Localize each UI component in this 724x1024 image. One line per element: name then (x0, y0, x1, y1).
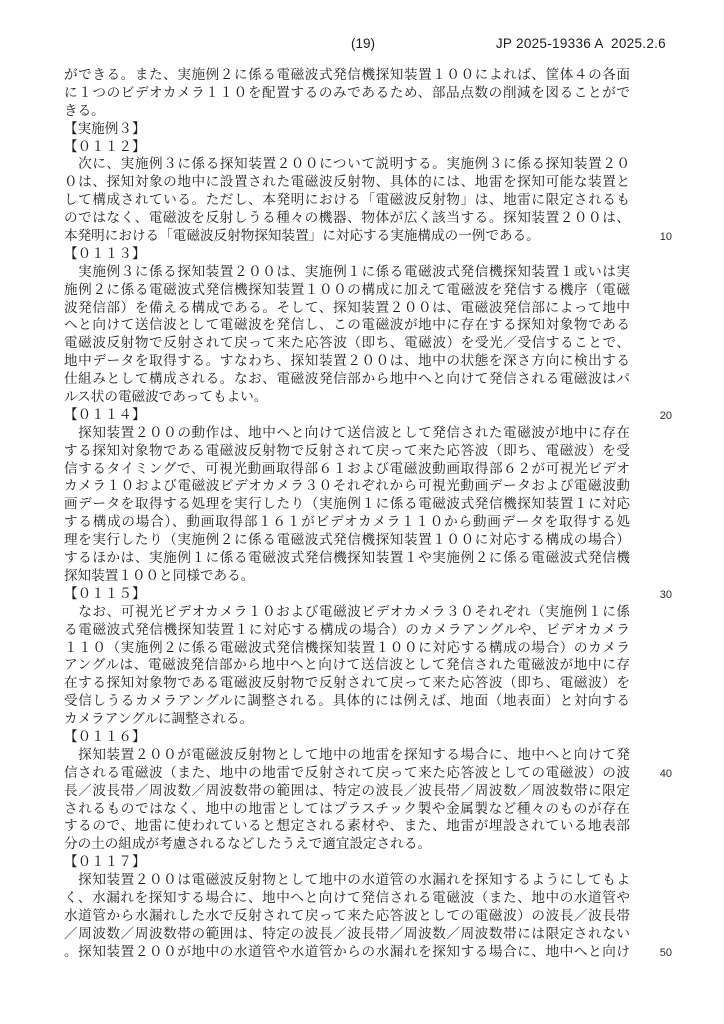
text-line-content: 探知装置２００は電磁波反射物として地中の水道管の水漏れを探知するようにしてもよ (64, 872, 630, 890)
text-line: ０は、探知対象の地中に設置された電磁波反射物、具体的には、地雷を探知可能な装置と (64, 174, 672, 192)
text-line-content: ルス状の電磁波であってもよい。 (64, 389, 630, 407)
text-line-content: する構成の場合）、動画取得部１６１がビデオカメラ１１０から動画データを取得する処 (64, 514, 630, 532)
text-line: する構成の場合）、動画取得部１６１がビデオカメラ１１０から動画データを取得する処 (64, 514, 672, 532)
text-line-content: 探知装置２００が電磁波反射物として地中の地雷を探知する場合に、地中へと向けて発 (64, 747, 630, 765)
text-line: カメラアングルに調整される。 (64, 711, 672, 729)
text-line: 【０１１６】 (64, 729, 672, 747)
text-line-content: する探知対象物である電磁波反射物で反射されて戻って来た応答波（即ち、電磁波）を受 (64, 443, 630, 461)
text-line: る電磁波式発信機探知装置１に対応する構成の場合）のカメラアングルや、ビデオカメラ (64, 622, 672, 640)
text-line-content: 【０１１６】 (64, 729, 630, 747)
line-number: 10 (630, 231, 672, 243)
text-line: 探知装置２００は電磁波反射物として地中の水道管の水漏れを探知するようにしてもよ (64, 872, 672, 890)
text-line: 実施例３に係る探知装置２００は、実施例１に係る電磁波式発信機探知装置１或いは実 (64, 264, 672, 282)
text-line: 【０１１４】20 (64, 407, 672, 425)
text-line-content: 水道管から水漏れした水で反射されて戻って来た応答波としての電磁波）の波長／波長帯 (64, 908, 630, 926)
text-line: きる。 (64, 103, 672, 121)
text-line-content: 【０１１４】 (64, 407, 630, 425)
text-line-content: 【０１１２】 (64, 139, 630, 157)
text-line: 信するタイミングで、可視光動画取得部６１および電磁波動画取得部６２が可視光ビデオ (64, 461, 672, 479)
text-line-content: 分の土の組成が考慮されるなどしたうえで適宜設定される。 (64, 836, 630, 854)
text-line-content: 信するタイミングで、可視光動画取得部６１および電磁波動画取得部６２が可視光ビデオ (64, 461, 630, 479)
text-line: 次に、実施例３に係る探知装置２００について説明する。実施例３に係る探知装置２０ (64, 156, 672, 174)
text-line-content: されるものではなく、地中の地雷としてはプラスチック製や金属製など種々のものが存在 (64, 801, 630, 819)
page-header: (19) JP 2025-19336 A 2025.2.6 (0, 36, 724, 54)
text-line: 探知装置２００が電磁波反射物として地中の地雷を探知する場合に、地中へと向けて発 (64, 747, 672, 765)
kind-code-label: (19) (351, 36, 375, 51)
text-line-content: 次に、実施例３に係る探知装置２００について説明する。実施例３に係る探知装置２０ (64, 156, 630, 174)
text-line: されるものではなく、地中の地雷としてはプラスチック製や金属製など種々のものが存在 (64, 801, 672, 819)
text-line: 長／波長帯／周波数／周波数帯の範囲は、特定の波長／波長帯／周波数／周波数帯に限定 (64, 783, 672, 801)
line-number: 40 (630, 768, 672, 780)
text-line-content: して構成されている。ただし、本発明における「電磁波反射物」は、地雷に限定されるも (64, 192, 630, 210)
text-line-content: る電磁波式発信機探知装置１に対応する構成の場合）のカメラアングルや、ビデオカメラ (64, 622, 630, 640)
text-line-content: 理を実行したり（実施例２に係る電磁波式発信機探知装置１００に対応する構成の場合） (64, 532, 630, 550)
text-line: 仕組みとして構成される。なお、電磁波発信部から地中へと向けて発信される電磁波はパ (64, 371, 672, 389)
text-line: する探知対象物である電磁波反射物で反射されて戻って来た応答波（即ち、電磁波）を受 (64, 443, 672, 461)
text-line: 在する探知対象物である電磁波反射物で反射されて戻って来た応答波（即ち、電磁波）を (64, 675, 672, 693)
line-number: 50 (630, 947, 672, 959)
text-line-content: に１つのビデオカメラ１１０を配置するのみであるため、部品点数の削減を図ることがで (64, 85, 630, 103)
text-line-content: なお、可視光ビデオカメラ１０および電磁波ビデオカメラ３０それぞれ（実施例１に係 (64, 604, 630, 622)
text-line-content: １１０（実施例２に係る電磁波式発信機探知装置１００に対応する構成の場合）のカメラ (64, 640, 630, 658)
text-line-content: 探知装置２００の動作は、地中へと向けて送信波として発信された電磁波が地中に存在 (64, 425, 630, 443)
text-line-content: 画データを取得する処理を実行したり（実施例１に係る電磁波式発信機探知装置１に対応 (64, 496, 630, 514)
text-line-content: のではなく、電磁波を反射しうる種々の機器、物体が広く該当する。探知装置２００は、 (64, 210, 630, 228)
text-line-content: 受信しうるカメラアングルに調整される。具体的には例えば、地面（地表面）と対向する (64, 693, 630, 711)
text-line-content: するほかは、実施例１に係る電磁波式発信機探知装置１や実施例２に係る電磁波式発信機 (64, 550, 630, 568)
text-line: 水道管から水漏れした水で反射されて戻って来た応答波としての電磁波）の波長／波長帯 (64, 908, 672, 926)
body-lines: ができる。また、実施例２に係る電磁波式発信機探知装置１００によれば、筐体４の各面… (64, 67, 672, 962)
text-line-content: ができる。また、実施例２に係る電磁波式発信機探知装置１００によれば、筐体４の各面 (64, 67, 630, 85)
line-number: 30 (630, 589, 672, 601)
patent-page: (19) JP 2025-19336 A 2025.2.6 ができる。また、実施… (0, 0, 724, 1024)
text-line: 【実施例３】 (64, 121, 672, 139)
text-line-content: 本発明における「電磁波反射物探知装置」に対応する実施構成の一例である。 (64, 228, 630, 246)
text-line: に１つのビデオカメラ１１０を配置するのみであるため、部品点数の削減を図ることがで (64, 85, 672, 103)
text-line: ができる。また、実施例２に係る電磁波式発信機探知装置１００によれば、筐体４の各面 (64, 67, 672, 85)
text-line: 電磁波反射物で反射されて戻って来た応答波（即ち、電磁波）を受光／受信することで、 (64, 335, 672, 353)
text-line: のではなく、電磁波を反射しうる種々の機器、物体が広く該当する。探知装置２００は、 (64, 210, 672, 228)
text-line: カメラ１０および電磁波ビデオカメラ３０それぞれから可視光動画データおよび電磁波動 (64, 478, 672, 496)
text-line-content: 波発信部）を備える構成である。そして、探知装置２００は、電磁波発信部によって地中 (64, 300, 630, 318)
text-line: するほかは、実施例１に係る電磁波式発信機探知装置１や実施例２に係る電磁波式発信機 (64, 550, 672, 568)
text-line: アングルは、電磁波発信部から地中へと向けて送信波として発信された電磁波が地中に存 (64, 657, 672, 675)
text-line-content: きる。 (64, 103, 630, 121)
text-line: 受信しうるカメラアングルに調整される。具体的には例えば、地面（地表面）と対向する (64, 693, 672, 711)
text-line: ／周波数／周波数帯の範囲は、特定の波長／波長帯／周波数／周波数帯には限定されない (64, 926, 672, 944)
text-line-content: 電磁波反射物で反射されて戻って来た応答波（即ち、電磁波）を受光／受信することで、 (64, 335, 630, 353)
text-line: 理を実行したり（実施例２に係る電磁波式発信機探知装置１００に対応する構成の場合） (64, 532, 672, 550)
text-line-content: ／周波数／周波数帯の範囲は、特定の波長／波長帯／周波数／周波数帯には限定されない (64, 926, 630, 944)
text-line: へと向けて送信波として電磁波を発信し、この電磁波が地中に存在する探知対象物である (64, 317, 672, 335)
text-line-content: ０は、探知対象の地中に設置された電磁波反射物、具体的には、地雷を探知可能な装置と (64, 174, 630, 192)
text-line: 本発明における「電磁波反射物探知装置」に対応する実施構成の一例である。10 (64, 228, 672, 246)
text-line-content: 【０１１７】 (64, 854, 630, 872)
text-line: 【０１１２】 (64, 139, 672, 157)
text-line-content: 地中データを取得する。すなわち、探知装置２００は、地中の状態を深さ方向に検出する (64, 353, 630, 371)
text-line: 探知装置１００と同様である。 (64, 568, 672, 586)
publication-number: JP 2025-19336 A 2025.2.6 (496, 36, 666, 51)
text-line-content: 仕組みとして構成される。なお、電磁波発信部から地中へと向けて発信される電磁波はパ (64, 371, 630, 389)
text-line: 分の土の組成が考慮されるなどしたうえで適宜設定される。 (64, 836, 672, 854)
text-line: 。探知装置２００が地中の水道管や水道管からの水漏れを探知する場合に、地中へと向け… (64, 944, 672, 962)
text-line-content: カメラアングルに調整される。 (64, 711, 630, 729)
text-line: 探知装置２００の動作は、地中へと向けて送信波として発信された電磁波が地中に存在 (64, 425, 672, 443)
text-line: く、水漏れを探知する場合に、地中へと向けて発信される電磁波（また、地中の水道管や (64, 890, 672, 908)
line-number: 20 (630, 410, 672, 422)
text-line: 画データを取得する処理を実行したり（実施例１に係る電磁波式発信機探知装置１に対応 (64, 496, 672, 514)
text-line: 波発信部）を備える構成である。そして、探知装置２００は、電磁波発信部によって地中 (64, 300, 672, 318)
text-line-content: 【０１１５】 (64, 586, 630, 604)
text-line: なお、可視光ビデオカメラ１０および電磁波ビデオカメラ３０それぞれ（実施例１に係 (64, 604, 672, 622)
text-line-content: く、水漏れを探知する場合に、地中へと向けて発信される電磁波（また、地中の水道管や (64, 890, 630, 908)
text-line: ルス状の電磁波であってもよい。 (64, 389, 672, 407)
text-line-content: するので、地雷に使われていると想定される素材や、また、地雷が埋設されている地表部 (64, 818, 630, 836)
text-line: して構成されている。ただし、本発明における「電磁波反射物」は、地雷に限定されるも (64, 192, 672, 210)
text-line: 施例２に係る電磁波式発信機探知装置１００の構成に加えて電磁波を発信する機序（電磁 (64, 282, 672, 300)
text-line-content: 【０１１３】 (64, 246, 630, 264)
text-line: 【０１１７】 (64, 854, 672, 872)
text-line-content: 。探知装置２００が地中の水道管や水道管からの水漏れを探知する場合に、地中へと向け (64, 944, 630, 962)
text-line-content: 【実施例３】 (64, 121, 630, 139)
text-line-content: 探知装置１００と同様である。 (64, 568, 630, 586)
text-line-content: 実施例３に係る探知装置２００は、実施例１に係る電磁波式発信機探知装置１或いは実 (64, 264, 630, 282)
text-line: 地中データを取得する。すなわち、探知装置２００は、地中の状態を深さ方向に検出する (64, 353, 672, 371)
text-line: 【０１１５】30 (64, 586, 672, 604)
text-line-content: 信される電磁波（また、地中の地雷で反射されて戻って来た応答波としての電磁波）の波 (64, 765, 630, 783)
text-line: 【０１１３】 (64, 246, 672, 264)
text-line-content: カメラ１０および電磁波ビデオカメラ３０それぞれから可視光動画データおよび電磁波動 (64, 478, 630, 496)
text-line-content: 施例２に係る電磁波式発信機探知装置１００の構成に加えて電磁波を発信する機序（電磁 (64, 282, 630, 300)
text-line-content: へと向けて送信波として電磁波を発信し、この電磁波が地中に存在する探知対象物である (64, 317, 630, 335)
text-line-content: 長／波長帯／周波数／周波数帯の範囲は、特定の波長／波長帯／周波数／周波数帯に限定 (64, 783, 630, 801)
text-line: するので、地雷に使われていると想定される素材や、また、地雷が埋設されている地表部 (64, 818, 672, 836)
text-line: 信される電磁波（また、地中の地雷で反射されて戻って来た応答波としての電磁波）の波… (64, 765, 672, 783)
text-line-content: 在する探知対象物である電磁波反射物で反射されて戻って来た応答波（即ち、電磁波）を (64, 675, 630, 693)
text-line: １１０（実施例２に係る電磁波式発信機探知装置１００に対応する構成の場合）のカメラ (64, 640, 672, 658)
text-line-content: アングルは、電磁波発信部から地中へと向けて送信波として発信された電磁波が地中に存 (64, 657, 630, 675)
